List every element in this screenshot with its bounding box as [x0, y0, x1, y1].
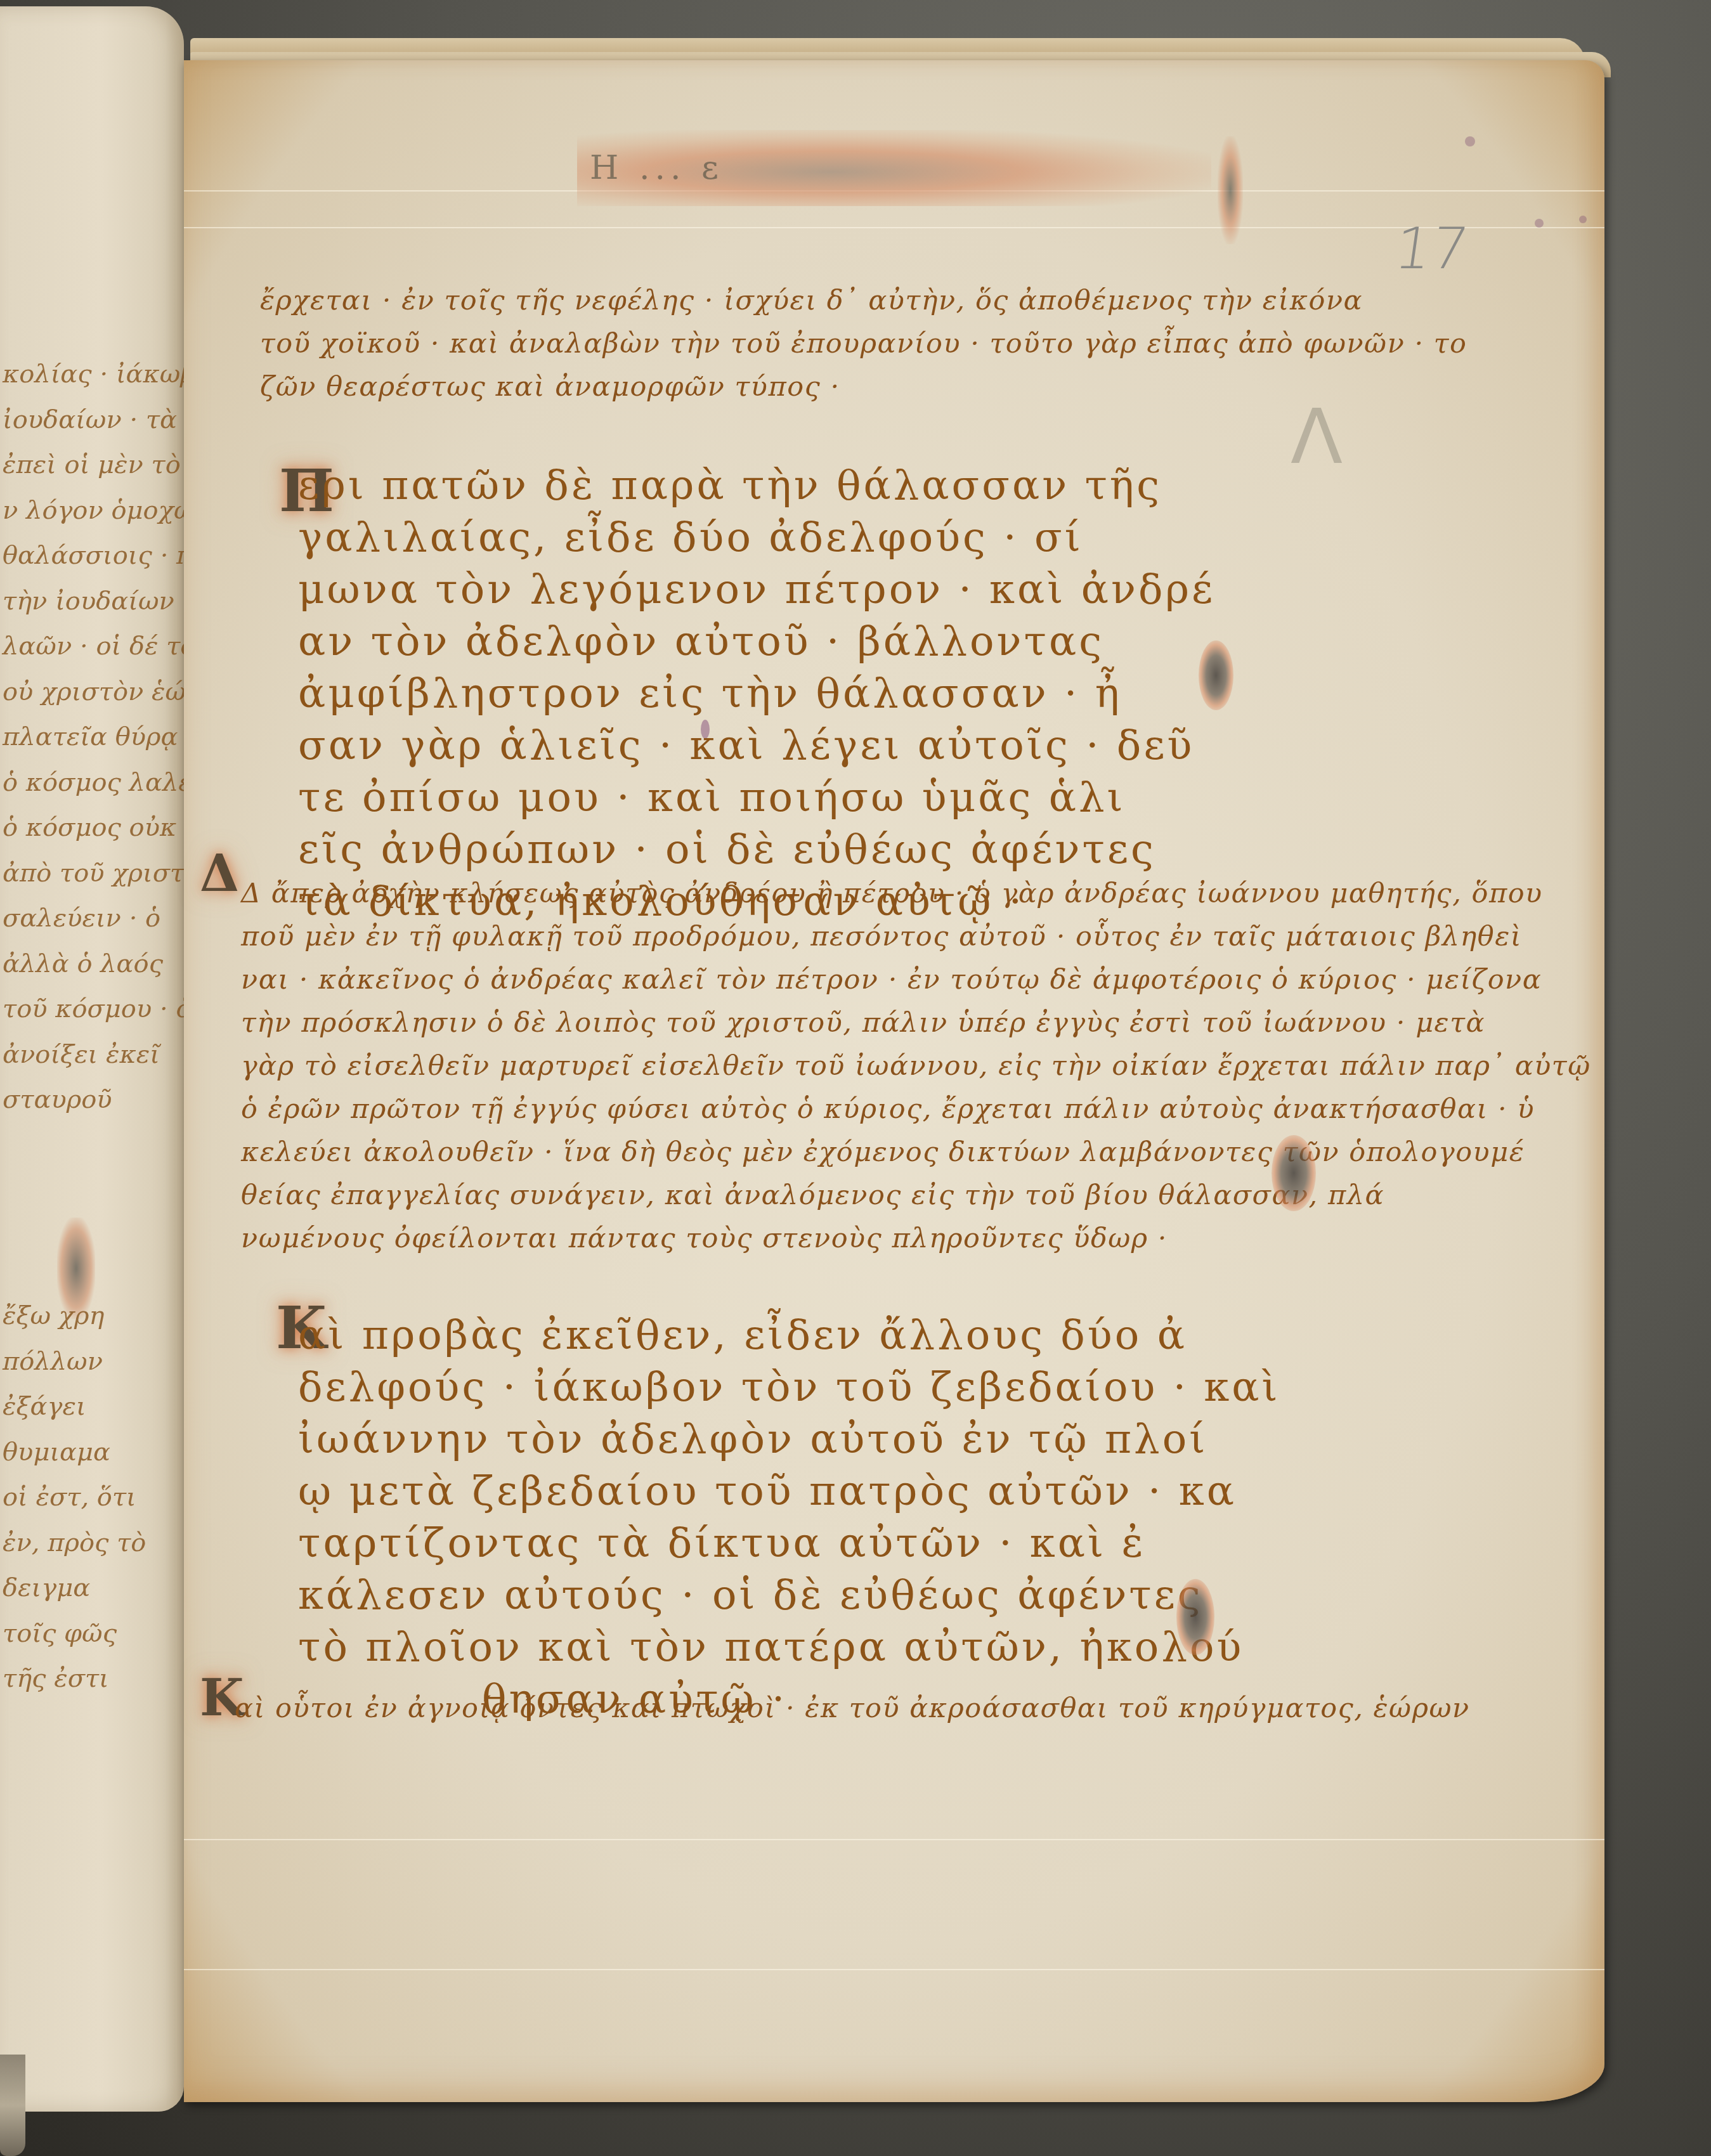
text-line: αν τὸν ἀδελφὸν αὐτοῦ · βάλλοντας	[298, 616, 1325, 668]
text-line: Δ ἄπερ ἀρχὴν κλήσεως αὐτὸς ἀνδρέου ἢ πέτ…	[241, 872, 1306, 915]
verso-text-upper: κολίας · ἰάκωβος ἰουδαίων · τὰ μέν ἐπεὶ …	[0, 352, 184, 1123]
verso-line: κολίας · ἰάκωβος	[0, 352, 184, 398]
verso-line: ἐν, πρὸς τὸ	[0, 1521, 184, 1566]
verso-line: πόλλων	[0, 1339, 184, 1385]
ruling-line	[184, 227, 1604, 228]
verso-line: δειγμα	[0, 1566, 184, 1611]
verso-line: σαλεύειν · ὁ	[0, 896, 184, 942]
text-line: ἰωάννην τὸν ἀδελφὸν αὐτοῦ ἐν τῷ πλοί	[298, 1413, 1325, 1465]
stain	[1535, 219, 1544, 228]
text-line: κελεύει ἀκολουθεῖν · ἵνα δὴ θεὸς μὲν ἐχό…	[241, 1131, 1306, 1174]
text-line: ἀμφίβληστρον εἰς τὴν θάλασσαν · ἦ	[298, 668, 1325, 720]
text-line: νωμένους ὀφείλονται πάντας τοὺς στενοὺς …	[241, 1217, 1306, 1260]
text-line: ζῶν θεαρέστως καὶ ἀναμορφῶν τύπος ·	[260, 365, 1287, 408]
text-line: γὰρ τὸ εἰσελθεῖν μαρτυρεῖ εἰσελθεῖν τοῦ …	[241, 1044, 1306, 1088]
folio-number: 17	[1391, 216, 1473, 282]
verso-line: ἐπεὶ οἱ μὲν τὸ χωρ	[0, 443, 184, 488]
stain	[1579, 216, 1587, 223]
verso-line: ἀνοίξει ἐκεῖ	[0, 1032, 184, 1078]
text-line: ναι · κἀκεῖνος ὁ ἀνδρέας καλεῖ τὸν πέτρο…	[241, 958, 1306, 1001]
commentary-block-previous: ἔρχεται · ἐν τοῖς τῆς νεφέλης · ἰσχύει δ…	[260, 279, 1287, 408]
gospel-block-2: αὶ προβὰς ἐκεῖθεν, εἶδεν ἄλλους δύο ἀ δε…	[298, 1309, 1325, 1725]
ruling-line	[184, 1839, 1604, 1840]
verso-line: οὐ χριστὸν ἑώρων	[0, 670, 184, 715]
ruling-line	[184, 1969, 1604, 1970]
verso-line: πλατεῖα θύρᾳ	[0, 715, 184, 760]
text-line: τὸ πλοῖον καὶ τὸν πατέρα αὐτῶν, ἠκολού	[298, 1621, 1325, 1673]
marginal-rubric-mark	[1272, 1135, 1316, 1211]
verso-line: ν λόγον ὁμοχώρη	[0, 488, 184, 534]
commentary-block: Δ ἄπερ ἀρχὴν κλήσεως αὐτὸς ἀνδρέου ἢ πέτ…	[241, 872, 1306, 1260]
verso-line: οἱ ἐστ, ὅτι	[0, 1475, 184, 1521]
stain	[1465, 136, 1475, 146]
verso-line: ἀλλὰ ὁ λαός	[0, 942, 184, 987]
text-line: αὶ οὗτοι ἐν ἀγνοίᾳ ὄντες καὶ πτωχοὶ · ἐκ…	[235, 1687, 1262, 1730]
text-line: ῳ μετὰ ζεβεδαίου τοῦ πατρὸς αὐτῶν · κα	[298, 1465, 1325, 1517]
rubric-headpiece: Η ... ε	[577, 130, 1211, 206]
text-line: μωνα τὸν λεγόμενον πέτρον · καὶ ἀνδρέ	[298, 564, 1325, 616]
verso-line: σταυροῦ	[0, 1077, 184, 1123]
commentary-block-2: αὶ οὗτοι ἐν ἀγνοίᾳ ὄντες καὶ πτωχοὶ · ἐκ…	[235, 1687, 1262, 1730]
verso-line: ἐξάγει	[0, 1384, 184, 1430]
text-line: σαν γὰρ ἁλιεῖς · καὶ λέγει αὐτοῖς · δεῦ	[298, 720, 1325, 772]
text-line: ἔρχεται · ἐν τοῖς τῆς νεφέλης · ἰσχύει δ…	[260, 279, 1287, 322]
verso-line: τοῖς φῶς	[0, 1611, 184, 1657]
text-line: ερι πατῶν δὲ παρὰ τὴν θάλασσαν τῆς	[298, 460, 1325, 512]
verso-line: ὁ κόσμος λαλεῖ	[0, 760, 184, 806]
binding-thread	[0, 2055, 25, 2156]
verso-line: ἔξω χρη	[0, 1294, 184, 1339]
verso-text-lower: ἔξω χρη πόλλων ἐξάγει θυμιαμα οἱ ἐστ, ὅτ…	[0, 1294, 184, 1702]
rubric-headpiece-mark	[1218, 136, 1243, 244]
rubric-initial-delta: Δ	[200, 843, 239, 903]
marginal-rubric-mark	[1176, 1579, 1214, 1655]
text-line: κάλεσεν αὐτούς · οἱ δὲ εὐθέως ἀφέντες	[298, 1569, 1325, 1621]
text-line: θείας ἐπαγγελίας συνάγειν, καὶ ἀναλόμενο…	[241, 1174, 1306, 1217]
verso-line: τὴν ἰουδαίων	[0, 579, 184, 625]
verso-line: τῆς ἐστι	[0, 1656, 184, 1702]
text-line: γαλιλαίας, εἶδε δύο ἀδελφούς · σί	[298, 512, 1325, 564]
verso-line: ἀπὸ τοῦ χριστοῦ	[0, 851, 184, 897]
marginal-rubric-mark	[1199, 640, 1233, 710]
verso-line: ἰουδαίων · τὰ μέν	[0, 398, 184, 443]
text-line: ὁ ἐρῶν πρῶτον τῇ ἐγγύς φύσει αὐτὸς ὁ κύρ…	[241, 1088, 1306, 1131]
text-line: δελφούς · ἰάκωβον τὸν τοῦ ζεβεδαίου · κα…	[298, 1361, 1325, 1413]
verso-line: θυμιαμα	[0, 1430, 184, 1476]
verso-line: λαῶν · οἱ δέ τοῖς	[0, 624, 184, 670]
text-line: ταρτίζοντας τὰ δίκτυα αὐτῶν · καὶ ἐ	[298, 1517, 1325, 1569]
text-line: τε ὀπίσω μου · καὶ ποιήσω ὑμᾶς ἁλι	[298, 772, 1325, 824]
verso-line: ὁ κόσμος οὐκ ἦν	[0, 805, 184, 851]
verso-page-fragment: κολίας · ἰάκωβος ἰουδαίων · τὰ μέν ἐπεὶ …	[0, 6, 184, 2112]
verso-line: τοῦ κόσμου · ὁ	[0, 987, 184, 1032]
text-line: ποῦ μὲν ἐν τῇ φυλακῇ τοῦ προδρόμου, πεσό…	[241, 915, 1306, 958]
gospel-block-1: ερι πατῶν δὲ παρὰ τὴν θάλασσαν τῆς γαλιλ…	[298, 460, 1325, 928]
verso-line: θαλάσσιοις · πρὸ	[0, 533, 184, 579]
text-line: εῖς ἀνθρώπων · οἱ δὲ εὐθέως ἀφέντες	[298, 824, 1325, 876]
text-line: τοῦ χοϊκοῦ · καὶ ἀναλαβὼν τὴν τοῦ ἐπουρα…	[260, 322, 1287, 365]
text-line: αὶ προβὰς ἐκεῖθεν, εἶδεν ἄλλους δύο ἀ	[298, 1309, 1325, 1361]
text-line: τὴν πρόσκλησιν ὁ δὲ λοιπὸς τοῦ χριστοῦ, …	[241, 1001, 1306, 1044]
